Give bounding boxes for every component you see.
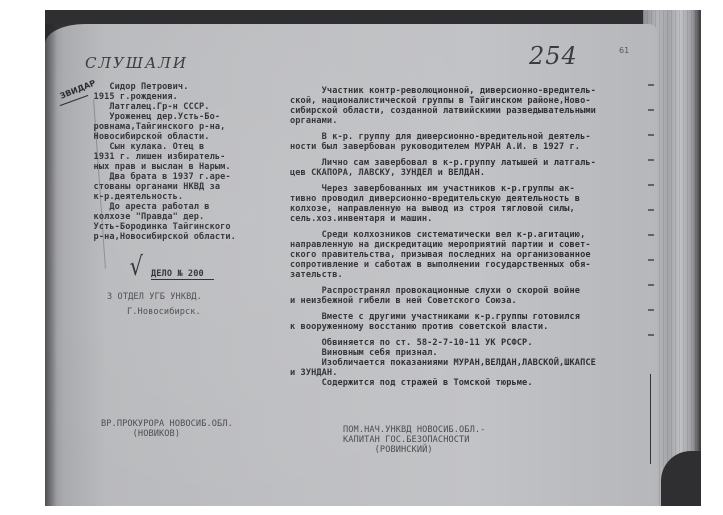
heading-heard: СЛУШАЛИ (85, 54, 188, 72)
signature-line: ПОМ.НАЧ.УНКВД НОВОСИБ.ОБЛ.- (343, 425, 485, 435)
text-line: колхозе, направленную на вывод из строя … (290, 204, 596, 214)
text-line: ской, националистической группы в Тайгин… (290, 96, 596, 106)
bio-line: Два брата в 1937 г.аре- (83, 172, 236, 182)
bio-line: р-на,Новосибирской области. (83, 232, 236, 242)
signature-line: КАПИТАН ГОС.БЕЗОПАСНОСТИ (343, 435, 485, 445)
text-line: тивно проводил диверсионно-вредительскую… (290, 194, 596, 204)
bio-line: Сидор Петрович. (83, 82, 236, 92)
text-line: Участник контр-революционной, диверсионн… (290, 86, 596, 96)
edge-marks (648, 84, 654, 344)
bio-line: стованы органами НКВД за (83, 182, 236, 192)
check-mark-icon: √ (130, 252, 143, 282)
bio-line: 1931 г. лишен избиратель- (83, 152, 236, 162)
text-line: цев СКАПОРА, ЛАВСКУ, ЗУНДЕЛ и ВЕЛДАН. (290, 168, 596, 178)
nkvd-signature: ПОМ.НАЧ.УНКВД НОВОСИБ.ОБЛ.-КАПИТАН ГОС.Б… (343, 425, 485, 455)
text-line: Содержится под стражей в Томской тюрьме. (290, 378, 596, 388)
text-line: к вооруженному восстанию против советско… (290, 322, 596, 332)
text-line: направленную на дискредитацию мероприяти… (290, 240, 596, 250)
text-line: Обвиняется по ст. 58-2-7-10-11 УК РСФСР. (290, 338, 596, 348)
text-line: сибирской области, созданной латвийскими… (290, 106, 596, 116)
text-line: сель.хоз.инвентаря и машин. (290, 214, 596, 224)
bio-line: До ареста работал в (83, 202, 236, 212)
text-line: Лично сам завербовал в к-р.группу латыше… (290, 158, 596, 168)
text-line: органами. (290, 116, 596, 126)
document-sheet: СЛУШАЛИ 254 61 ЗВИДАР Сидор Петрович. 19… (45, 24, 657, 506)
text-line: Распространял провокационные слухи о ско… (290, 286, 596, 296)
text-line: зательств. (290, 270, 596, 280)
bio-line: ровнама,Тайгинского р-на, (83, 122, 236, 132)
prosecutor-line: ВР.ПРОКУРОРА НОВОСИБ.ОБЛ. (101, 419, 233, 429)
small-folio-number: 61 (619, 46, 629, 55)
case-number: ДЕЛО № 200 (151, 269, 214, 280)
bio-line: Новосибирской области. (83, 132, 236, 142)
text-line: ского правительства, призывая последних … (290, 250, 596, 260)
signature-line: (РОВИНСКИЙ) (343, 445, 485, 455)
margin-bracket (650, 374, 651, 464)
bio-line: Сын кулака. Отец в (83, 142, 236, 152)
text-line: Виновным себя признал. (290, 348, 596, 358)
case-city: Г.Новосибирск. (127, 307, 201, 317)
text-line: Изобличается показаниями МУРАН,ВЕЛДАН,ЛА… (290, 358, 596, 368)
accusation-text: Участник контр-революционной, диверсионн… (290, 86, 596, 388)
bio-line: Латгалец.Гр-н СССР. (83, 102, 236, 112)
bio-line: к-р.деятельность. (83, 192, 236, 202)
corner-shadow (661, 451, 701, 506)
text-line: сопротивление и саботаж в выполнении гос… (290, 260, 596, 270)
text-line: В к-р. группу для диверсионно-вредительн… (290, 132, 596, 142)
prosecutor-signature: ВР.ПРОКУРОРА НОВОСИБ.ОБЛ. (НОВИКОВ) (101, 419, 233, 439)
case-department: 3 ОТДЕЛ УГБ УНКВД. (107, 292, 202, 302)
handwritten-folio-number: 254 (529, 42, 578, 70)
text-line: и неизбежной гибели в ней Советского Сою… (290, 296, 596, 306)
prosecutor-line: (НОВИКОВ) (101, 429, 233, 439)
bio-line: 1915 г.рождения. (83, 92, 236, 102)
text-line: Среди колхозников систематически вел к-р… (290, 230, 596, 240)
text-line: ности был завербован руководителем МУРАН… (290, 142, 596, 152)
bio-line: колхозе "Правда" дер. (83, 212, 236, 222)
scanned-document: СЛУШАЛИ 254 61 ЗВИДАР Сидор Петрович. 19… (45, 10, 701, 506)
text-line: и ЗУНДАН. (290, 368, 596, 378)
binding-shadow (45, 24, 57, 506)
bio-line: Усть-Бородинка Тайгинского (83, 222, 236, 232)
defendant-bio: Сидор Петрович. 1915 г.рождения. Латгале… (83, 82, 236, 242)
bio-line: ных прав и выслан в Нарым. (83, 162, 236, 172)
text-line: Вместе с другими участниками к-р.группы … (290, 312, 596, 322)
bio-line: Уроженец дер.Усть-Бо- (83, 112, 236, 122)
text-line: Через завербованных им участников к-р.гр… (290, 184, 596, 194)
